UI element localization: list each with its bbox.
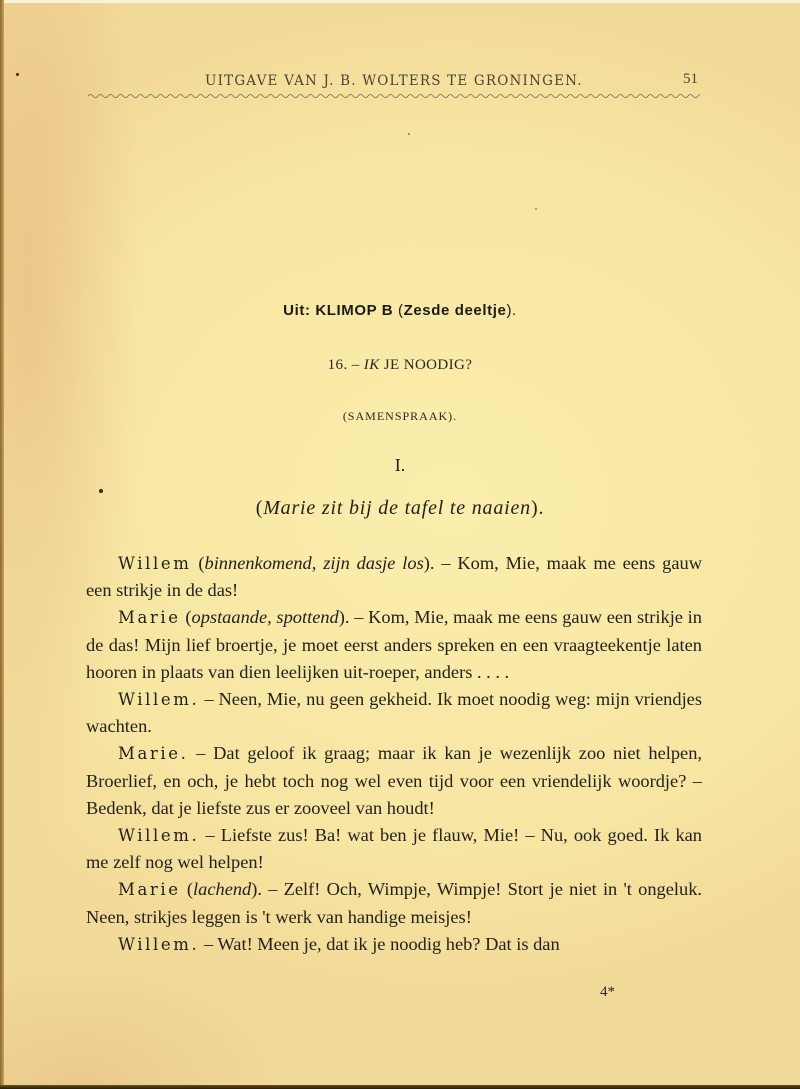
paren-open: (: [181, 879, 193, 899]
dialogue-line: Marie (opstaande, spottend). – Kom, Mie,…: [86, 604, 702, 686]
source-citation: Uit: KLIMOP B (Zesde deeltje).: [0, 302, 800, 319]
source-prefix: Uit:: [283, 302, 310, 319]
speaker-name: Willem.: [118, 826, 199, 845]
paren-open: (: [181, 607, 192, 627]
dialogue-line: Willem. – Liefste zus! Ba! wat ben je fl…: [86, 822, 702, 876]
chapter-title: 16. – IK JE NOODIG?: [0, 357, 800, 374]
paper-speck: [16, 73, 19, 76]
signature-mark: 4*: [600, 984, 615, 1001]
page-number: 51: [683, 71, 698, 88]
book-page: Uitgave van J. B. Wolters te Groningen. …: [0, 0, 800, 1089]
paren-close: ).: [424, 553, 435, 573]
speaker-direction: binnenkomend, zijn dasje los: [205, 553, 424, 573]
wavy-rule-ornament: [88, 92, 700, 100]
page-binding-edge: [0, 0, 4, 1089]
genre-label: (SAMENSPRAAK).: [0, 409, 800, 424]
speaker-direction: opstaande, spottend: [192, 607, 339, 627]
speaker-name: Marie: [118, 608, 181, 627]
dialogue-line: Marie (lachend). – Zelf! Och, Wimpje, Wi…: [86, 876, 702, 930]
publisher-line: Uitgave van J. B. Wolters te Groningen.: [205, 73, 583, 89]
speaker-name: Marie.: [118, 744, 189, 763]
chapter-title-rest: JE NOODIG?: [384, 357, 473, 373]
paper-speck: [408, 133, 410, 135]
chapter-number: 16. –: [328, 357, 360, 373]
speaker-name: Marie: [118, 880, 181, 899]
paren-close: ).: [531, 497, 544, 519]
dialogue-line: Marie. – Dat geloof ik graag; maar ik ka…: [86, 740, 702, 822]
dialogue-line: Willem. – Wat! Meen je, dat ik je noodig…: [86, 931, 702, 958]
speaker-name: Willem: [118, 554, 192, 573]
dialogue-body: Willem (binnenkomend, zijn dasje los). –…: [86, 550, 702, 958]
section-number: I.: [0, 455, 800, 476]
paren-close: ).: [339, 607, 350, 627]
opening-stage-direction: (Marie zit bij de tafel te naaien).: [0, 497, 800, 520]
speaker-name: Willem.: [118, 690, 199, 709]
chapter-title-italic: IK: [364, 357, 380, 373]
paren-close: ).: [251, 879, 262, 899]
page-bottom-edge: [0, 1085, 800, 1089]
spoken-text: – Wat! Meen je, dat ik je noodig heb? Da…: [199, 934, 559, 954]
volume-paren-close: ).: [506, 302, 516, 319]
dialogue-line: Willem (binnenkomend, zijn dasje los). –…: [86, 550, 702, 604]
source-title: KLIMOP B: [315, 302, 393, 319]
speaker-name: Willem.: [118, 935, 199, 954]
paren-open: (: [192, 553, 205, 573]
speaker-direction: lachend: [193, 879, 251, 899]
dialogue-line: Willem. – Neen, Mie, nu geen gekheid. Ik…: [86, 686, 702, 740]
source-volume: Zesde deeltje: [404, 302, 507, 319]
stage-direction-text: Marie zit bij de tafel te naaien: [263, 497, 531, 519]
paper-speck: [535, 208, 537, 210]
paper-speck: [99, 489, 103, 493]
page-top-edge: [0, 0, 800, 3]
